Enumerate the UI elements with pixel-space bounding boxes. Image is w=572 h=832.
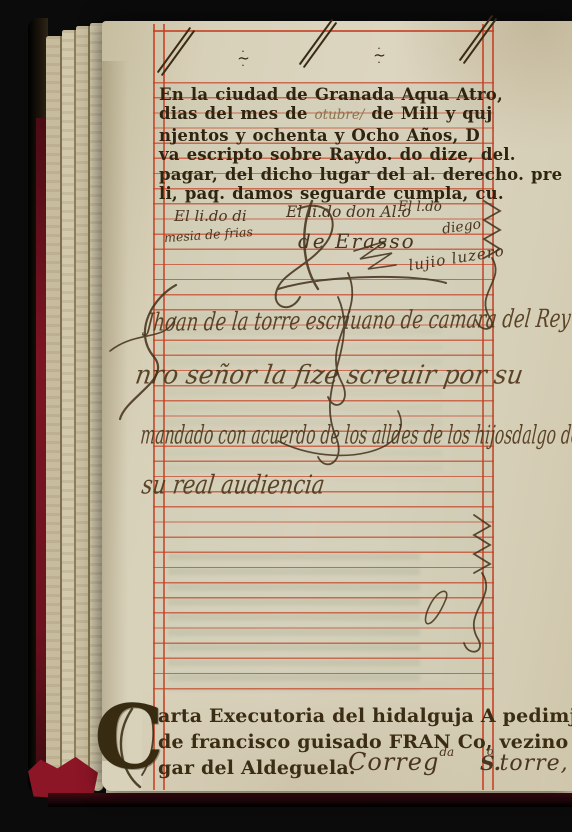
illuminated-initial: C — [94, 693, 164, 781]
signature-erasso-line1: El li.do don Al.o — [286, 203, 411, 221]
gothic-line: njentos y ochenta y Ocho Años, D — [159, 126, 495, 145]
manuscript-photo: ·~· ·~· En la ciudad de Granada Aqua Atr… — [0, 0, 572, 832]
notary-line: su real audiencia — [140, 469, 327, 500]
gothic-line: dias del mes de otubre/ de Mill y quj — [159, 104, 495, 125]
gothic-line-prefix: dias del mes de — [159, 104, 315, 123]
santo-superscript: o — [487, 745, 494, 758]
corregida-annotation: CorregdaS.otorre, — [348, 745, 569, 776]
gothic-line: va escripto sobre Raydo. do dize, del. — [159, 145, 495, 164]
quire-slash-mark-icon — [154, 25, 197, 78]
corregida-superscript: da — [439, 745, 454, 759]
cover-bottom-band — [48, 793, 572, 807]
page-stack-edge — [76, 26, 90, 790]
signature-erasso-line2: de Erasso — [298, 229, 416, 253]
page-stack-edge — [62, 30, 76, 790]
notary-line: Jhoan de la torre escriuano de camara de… — [145, 303, 572, 337]
parchment-stain — [102, 61, 128, 761]
corregida-word: Correg — [348, 748, 439, 776]
torre-word: torre, — [500, 751, 569, 776]
quire-slash-mark-icon — [296, 17, 339, 70]
colophon-line: arta Executoria del hidalguja A pedimjẽt… — [158, 703, 570, 729]
gothic-line-suffix: de Mill y quj — [364, 104, 492, 123]
pen-separator-mark-icon: ·~· — [230, 49, 256, 69]
interlinear-insertion: otubre/ — [315, 107, 365, 123]
showthrough-ghost — [168, 553, 420, 691]
gothic-line: li, paq. damos seguarde cumpla, cu. — [159, 184, 495, 203]
page-stack-edge — [46, 36, 62, 790]
gothic-line: En la ciudad de Granada Aqua Atro, — [159, 85, 495, 104]
notary-line: mandado con acuerdo de los alldes de los… — [139, 419, 572, 450]
gothic-text-block: En la ciudad de Granada Aqua Atro, dias … — [159, 85, 495, 203]
pen-separator-mark-icon: ·~· — [366, 46, 392, 66]
signature-mesia-line1: El li.do di — [174, 207, 247, 225]
gothic-line: pagar, del dicho lugar del al. derecho. … — [159, 165, 495, 184]
signature-luzero-line1: El l.do — [398, 199, 442, 215]
showthrough-ghost — [162, 313, 442, 481]
parchment-page: ·~· ·~· En la ciudad de Granada Aqua Atr… — [102, 21, 572, 791]
notary-line: nro señor la fize screuir por su — [133, 359, 525, 390]
